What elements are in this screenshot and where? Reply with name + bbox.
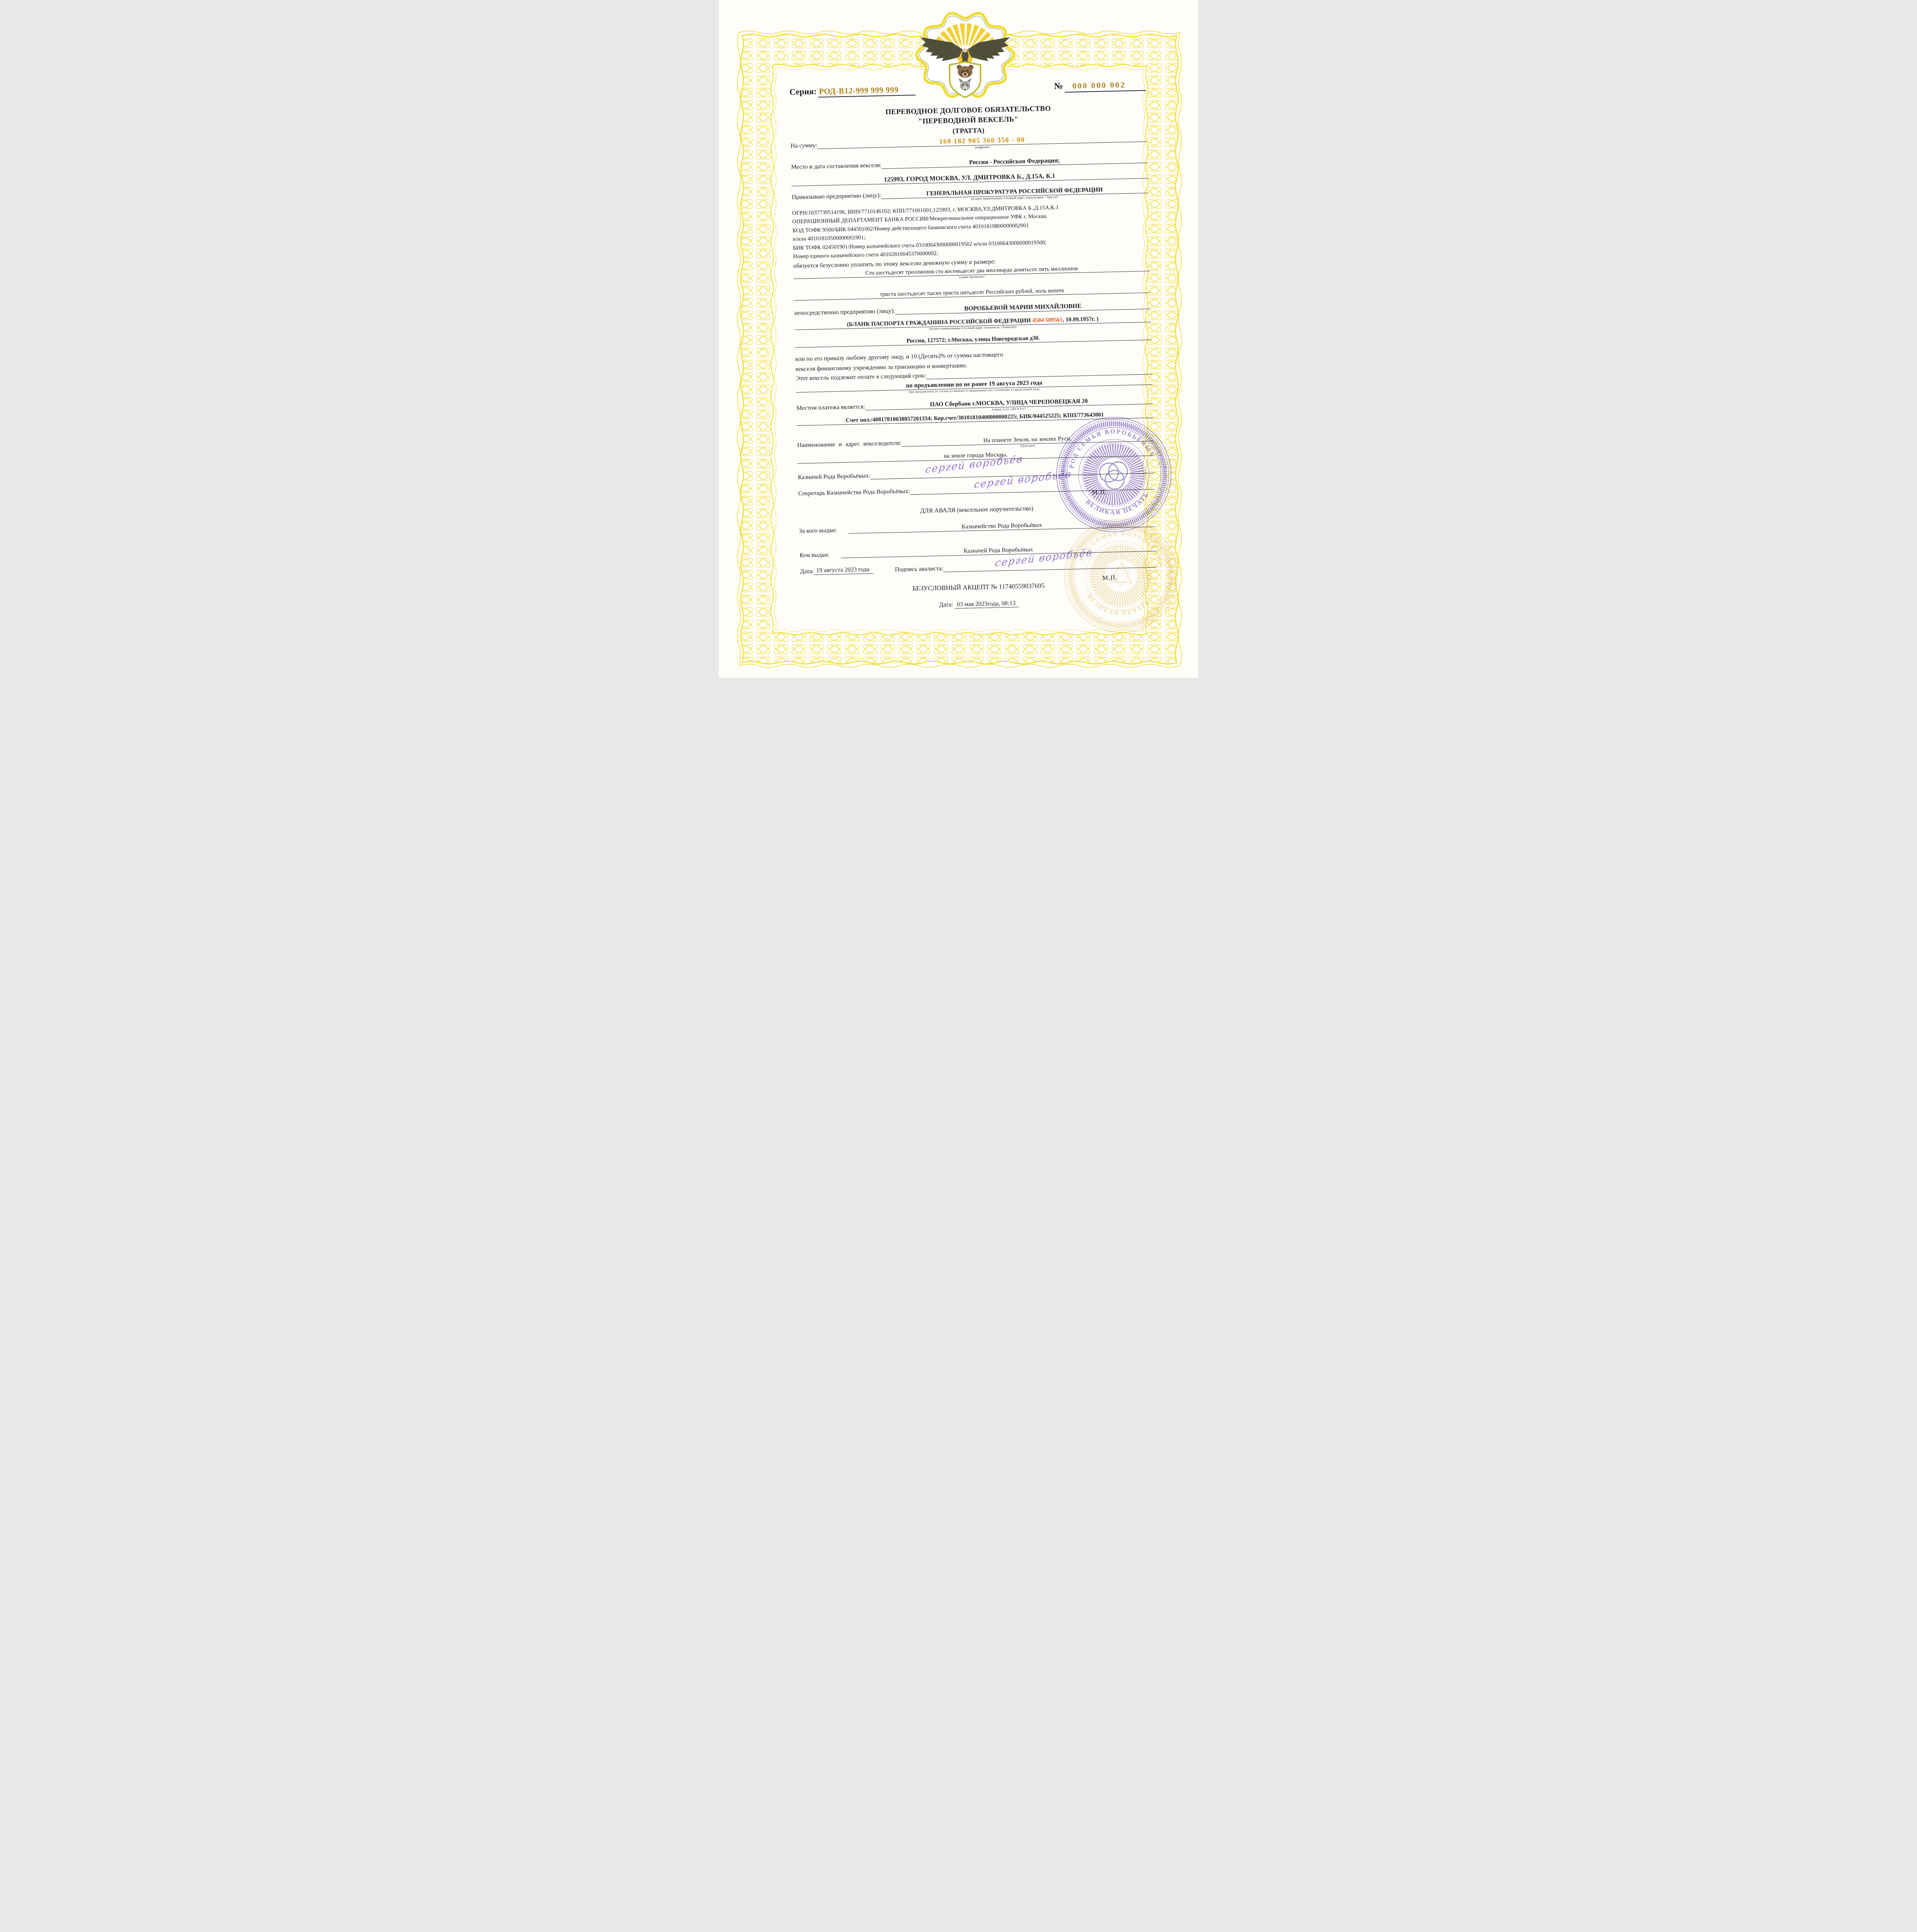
- payee-address-line: Россия, 127572; г.Москва, улица Новгород…: [795, 333, 1151, 348]
- payee-value: ВОРОБЬЕВОЙ МАРИИ МИХАЙЛОВНЕ: [964, 303, 1082, 313]
- aval-by-whom-row: Кем выдан: Казначей Рода Воробьёвых: [800, 544, 1156, 559]
- promissory-note-document: РОД СЕМЬЯ ВОРОБЬЁВЫХВЕЛИКАЯ ПЕЧАТЬ Серия…: [719, 0, 1198, 678]
- passport-suffix: , 10.09.1957г. ): [1062, 316, 1098, 323]
- great-seal-purple-stamp-icon: РОД СЕМЬЯ ВОРОБЬЁВЫХВЕЛИКАЯ ПЕЧАТЬ: [1052, 413, 1176, 538]
- aval-by-whom-line: Казначей Рода Воробьёвых: [841, 544, 1156, 558]
- accept-date-value: 03 мая 2023года, 08:13: [954, 600, 1018, 609]
- avalist-label: Подпись авалиста:: [895, 565, 943, 573]
- drawee-label: Приказываю предприятию (лицу):: [792, 192, 881, 201]
- payee-label: непосредственно предприятию (лицу):: [794, 308, 895, 317]
- aval-date-label: Дата:: [800, 568, 814, 575]
- spacer: [873, 573, 895, 574]
- drawee-details: ОГРН/1037739514196, ИНН/7710146102; КПП/…: [792, 203, 1059, 261]
- payment-place-line: ПАО Сбербанк г.МОСКВА, УЛИЦА ЧЕРЕПОВЕЦКА…: [865, 397, 1153, 410]
- aval-for-whom-label: За кого выдан:: [799, 527, 837, 535]
- drawee-row: Приказываю предприятию (лицу): ГЕНЕРАЛЬН…: [792, 186, 1148, 201]
- drawer-label: Наименование и адрес векселедателя:: [797, 440, 901, 449]
- maker-address-line: 125993, ГОРОД МОСКВА, УЛ. ДМИТРОВКА Б., …: [792, 170, 1148, 186]
- avalist-signature-line: [943, 567, 1156, 572]
- payment-place-label: Местом платежа является:: [796, 403, 865, 412]
- aval-by-whom-value: Казначей Рода Воробьёвых: [964, 546, 1033, 555]
- aval-for-whom-value: Казначейство Рода Воробьёвых: [962, 522, 1042, 531]
- number-value: 000 000 002: [1064, 80, 1146, 93]
- place-date-line: Россия - Российская Федерация;: [882, 156, 1147, 169]
- amount-words-value2: триста шестьдесят тысяч триста пятьдесят…: [880, 287, 1064, 298]
- secretary-label: Секретарь Казначейства Рода Воробьёвых:: [798, 488, 910, 497]
- number-field: № 000 000 002: [1054, 79, 1146, 91]
- aval-by-whom-label: Кем выдан:: [800, 551, 829, 559]
- accept-date-label: Дата:: [939, 601, 953, 608]
- place-date-label: Место и дата составления векселя:: [791, 162, 882, 171]
- treasurer-label: Казначей Рода Воробьёвых:: [798, 473, 870, 481]
- series-label: Серия:: [789, 87, 817, 97]
- payment-place-row: Местом платежа является: ПАО Сбербанк г.…: [796, 397, 1153, 412]
- number-sign: №: [1054, 81, 1063, 91]
- payee-line: ВОРОБЬЕВОЙ МАРИИ МИХАЙЛОВНЕ: [895, 302, 1151, 315]
- passport-number: 4504 589561: [1032, 317, 1063, 324]
- accept-line: БЕЗУСЛОВНЫЙ АКЦЕПТ № 11740559037695: [800, 580, 1157, 595]
- aval-date-row: Дата: 19 августа 2023 года Подпись авали…: [800, 560, 1156, 575]
- maker-address-value: 125993, ГОРОД МОСКВА, УЛ. ДМИТРОВКА Б., …: [884, 172, 1056, 184]
- drawee-line: ГЕНЕРАЛЬНАЯ ПРОКУРАТУРА РОССИЙСКОЙ ФЕДЕР…: [881, 186, 1148, 199]
- series-value: РОД-В12-999 999 999: [818, 85, 915, 97]
- amount-words-line2: триста шестьдесят тысяч триста пятьдесят…: [794, 286, 1150, 301]
- sum-value: 160 182 905 360 350 - 00: [939, 136, 1025, 146]
- payee-address-value: Россия, 127572; г.Москва, улица Новгород…: [906, 335, 1040, 345]
- accept-date-line: Дата: 03 мая 2023года, 08:13: [801, 597, 1157, 612]
- sum-label: На сумму:: [791, 142, 817, 150]
- aval-date-value: 19 августа 2023 года: [814, 566, 873, 575]
- document-title: ПЕРЕВОДНОЕ ДОЛГОВОЕ ОБЯЗАТЕЛЬСТВО "ПЕРЕВ…: [790, 102, 1147, 139]
- document-content: Серия: РОД-В12-999 999 999 № 000 000 002…: [789, 79, 1158, 639]
- term-label: Этот вексель подлежит оплате в следующий…: [796, 372, 926, 382]
- place-date-row: Место и дата составления векселя: Россия…: [791, 156, 1147, 171]
- payee-row: непосредственно предприятию (лицу): ВОРО…: [794, 302, 1151, 317]
- place-date-value: Россия - Российская Федерация;: [969, 157, 1060, 166]
- passport-line: (БЛАНК ПАСПОРТА ГРАЖДАНИНА РОССИЙСКОЙ ФЕ…: [795, 315, 1151, 330]
